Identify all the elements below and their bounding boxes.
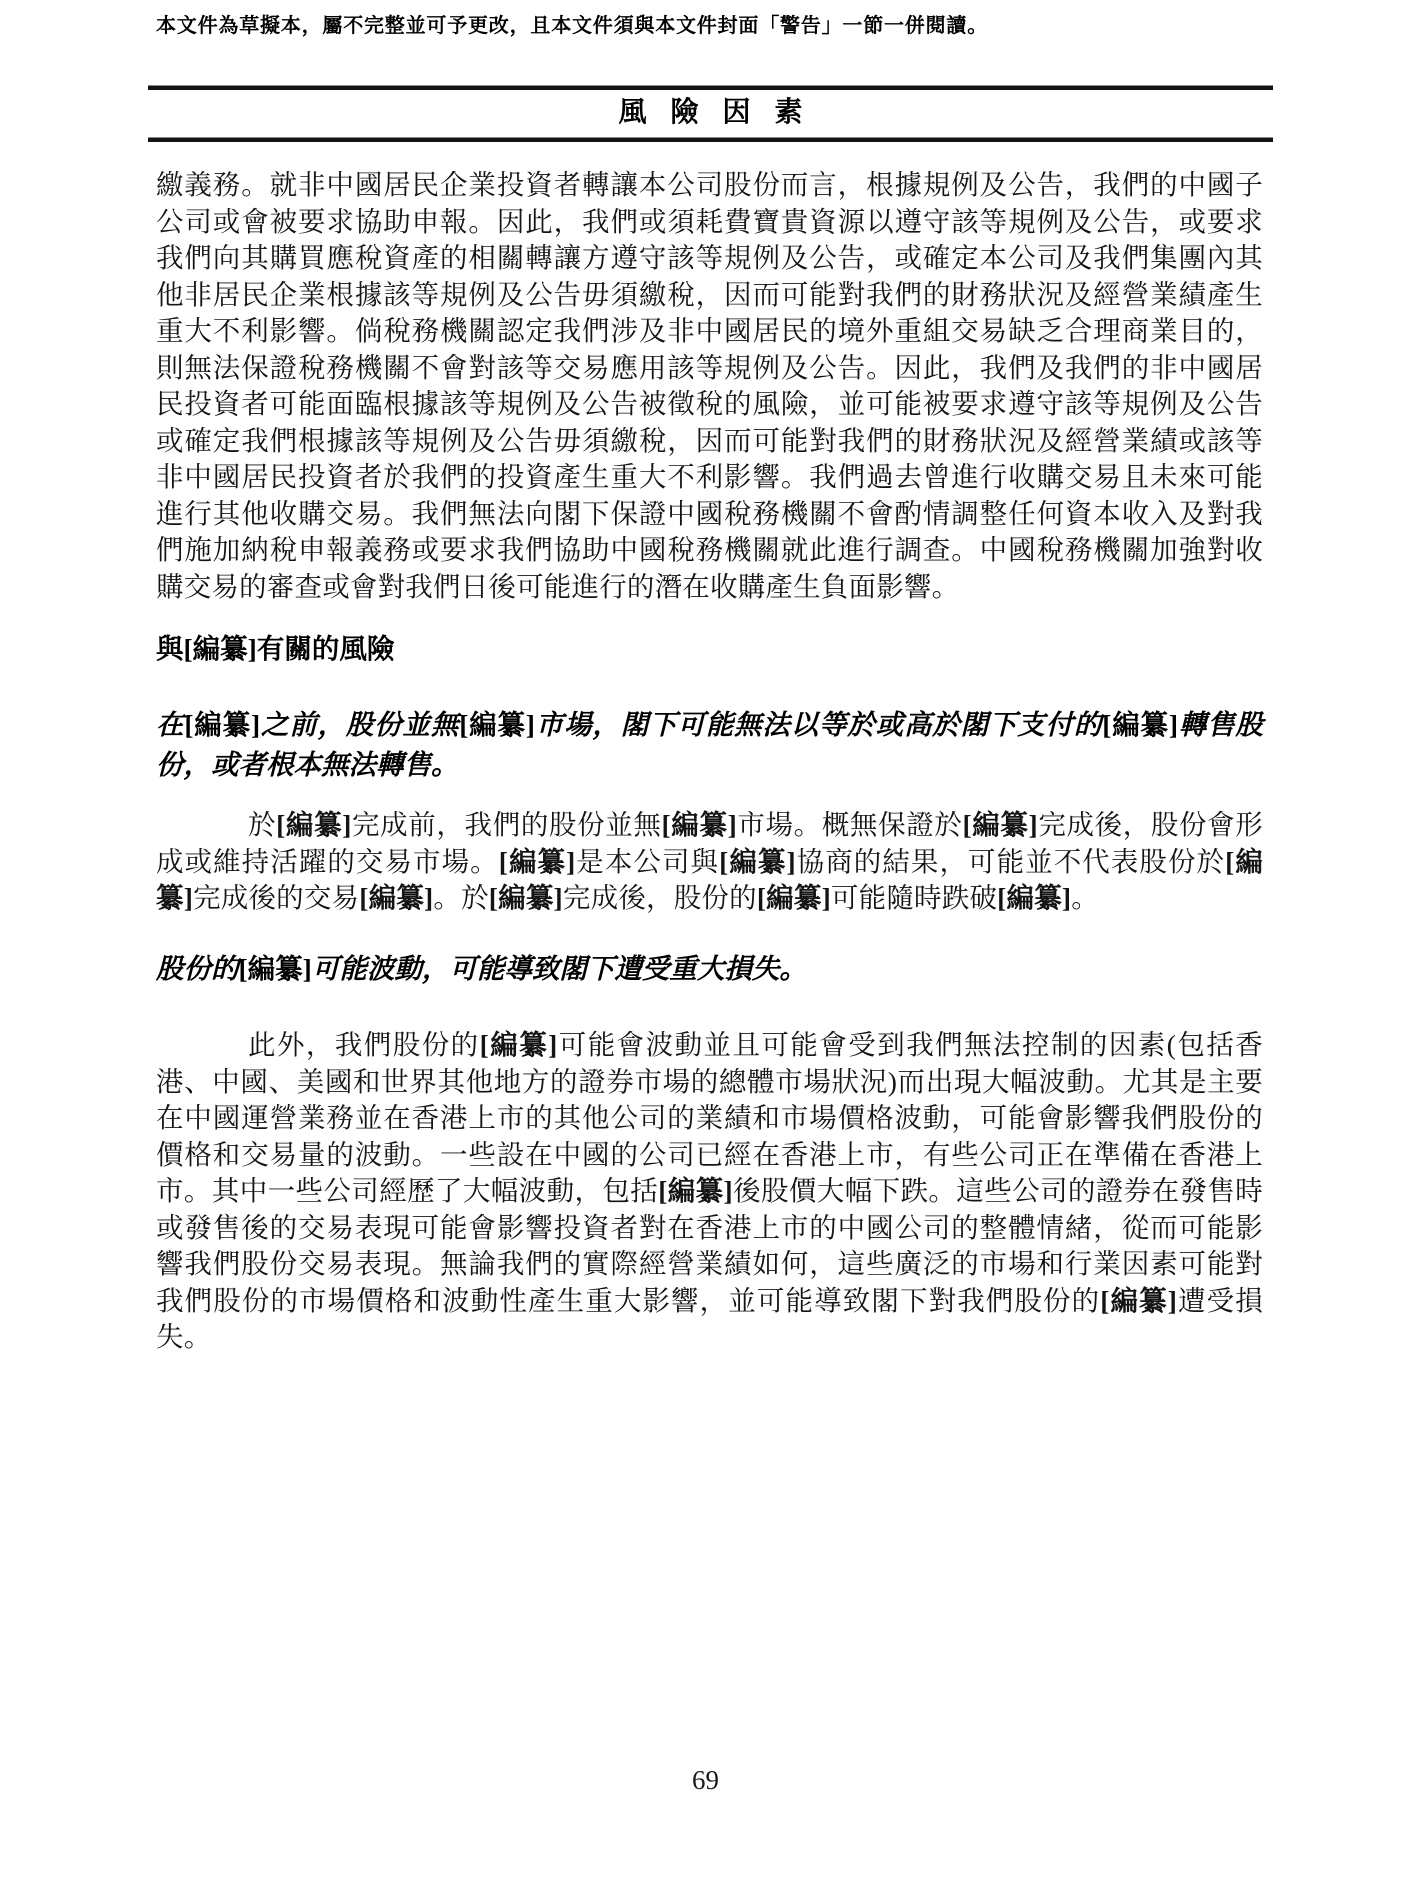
subheading-price-volatility: 股份的[編纂]可能波動，可能導致閣下遭受重大損失。 xyxy=(156,949,1263,989)
paragraph-tax-obligations: 繳義務。就非中國居民企業投資者轉讓本公司股份而言，根據規例及公告，我們的中國子公… xyxy=(156,167,1263,605)
paragraph-volatility-detail: 此外，我們股份的[編纂]可能會波動並且可能會受到我們無法控制的因素(包括香港、中… xyxy=(156,1027,1263,1356)
section-heading-redacted-risks: 與[編纂]有關的風險 xyxy=(156,631,1263,668)
draft-disclaimer: 本文件為草擬本，屬不完整並可予更改，且本文件須與本文件封面「警告」一節一併閱讀。 xyxy=(156,12,1266,40)
page-title: 風險因素 xyxy=(148,90,1273,137)
page-number: 69 xyxy=(0,1765,1411,1796)
subheading-no-prior-market: 在[編纂]之前，股份並無[編纂]市場，閣下可能無法以等於或高於閣下支付的[編纂]… xyxy=(156,705,1263,785)
title-band: 風險因素 xyxy=(148,85,1273,142)
title-bottom-rule xyxy=(148,137,1273,142)
prospectus-page: 本文件為草擬本，屬不完整並可予更改，且本文件須與本文件封面「警告」一節一併閱讀。… xyxy=(0,0,1411,1881)
paragraph-no-market-detail: 於[編纂]完成前，我們的股份並無[編纂]市場。概無保證於[編纂]完成後，股份會形… xyxy=(156,807,1263,917)
